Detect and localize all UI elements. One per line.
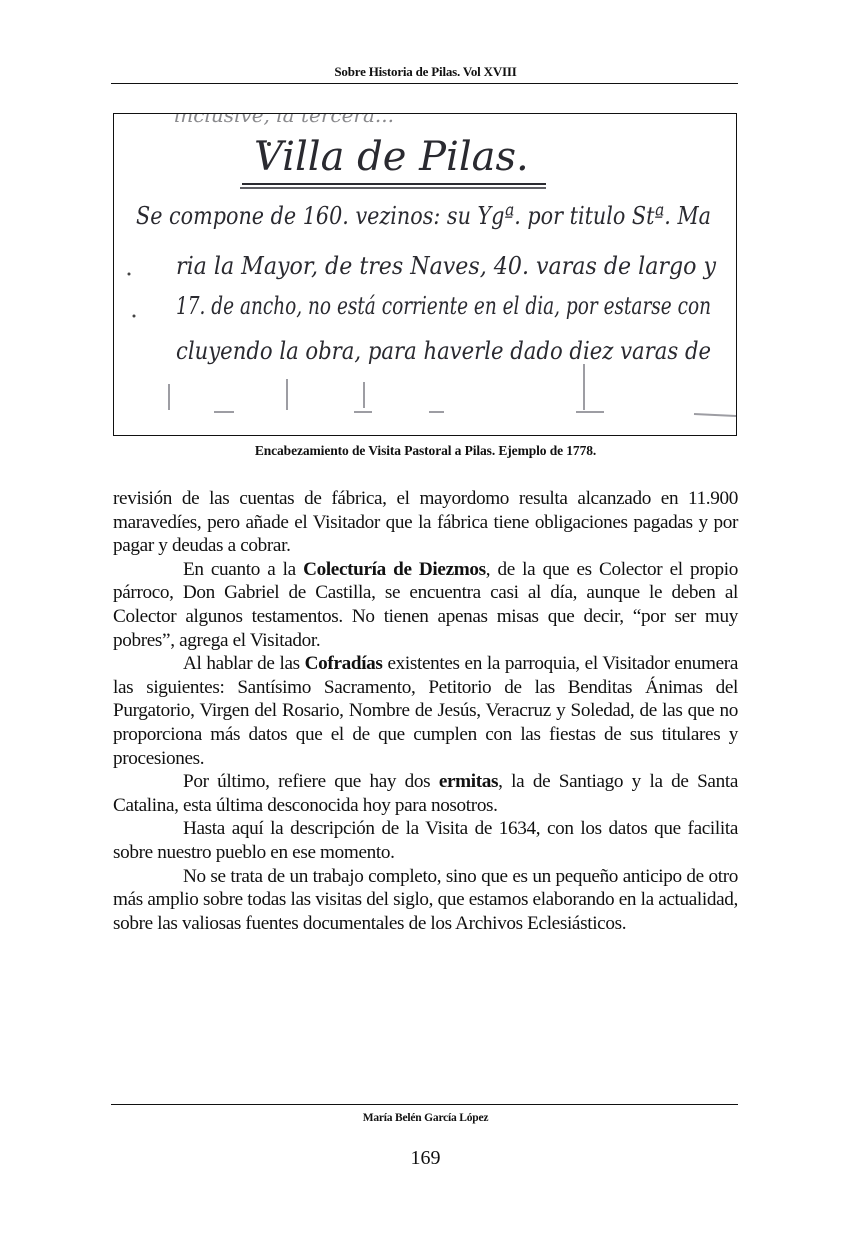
page-number: 169 xyxy=(113,1147,738,1170)
manuscript-figure: inclusive, la tercera... Villa de Pilas.… xyxy=(113,113,737,436)
footer-author: María Belén García López xyxy=(113,1112,738,1124)
bold-term-cofradias: Cofradías xyxy=(305,653,383,674)
manuscript-line: cluyendo la obra, para haverle dado diez… xyxy=(176,337,711,365)
svg-text:inclusive, la tercera...: inclusive, la tercera... xyxy=(174,114,394,127)
manuscript-line: 17. de ancho, no está corriente en el di… xyxy=(176,292,711,320)
figure-caption: Encabezamiento de Visita Pastoral a Pila… xyxy=(113,443,738,459)
footer-rule xyxy=(111,1104,738,1105)
paragraph-text: Al hablar de las xyxy=(183,653,305,674)
paragraph-text: Por último, refiere que hay dos xyxy=(183,771,439,792)
paragraph: No se trata de un trabajo completo, sino… xyxy=(113,865,738,936)
bold-term-colecturia: Colecturía de Diezmos xyxy=(303,559,486,580)
paragraph: Al hablar de las Cofradías existentes en… xyxy=(113,652,738,770)
paragraph-text: No se trata de un trabajo completo, sino… xyxy=(113,866,738,934)
manuscript-title: Villa de Pilas. xyxy=(254,134,529,180)
paragraph-text: Hasta aquí la descripción de la Visita d… xyxy=(113,818,738,863)
paragraph: revisión de las cuentas de fábrica, el m… xyxy=(113,487,738,558)
running-header-title: Sobre Historia de Pilas. Vol XVIII xyxy=(113,64,738,80)
bold-term-ermitas: ermitas xyxy=(439,771,498,792)
manuscript-line: ria la Mayor, de tres Naves, 40. varas d… xyxy=(176,252,716,280)
paragraph: En cuanto a la Colecturía de Diezmos, de… xyxy=(113,558,738,652)
article-body: revisión de las cuentas de fábrica, el m… xyxy=(113,487,738,935)
header-rule xyxy=(111,83,738,84)
paragraph-text: revisión de las cuentas de fábrica, el m… xyxy=(113,488,738,556)
manuscript-image: inclusive, la tercera... Villa de Pilas.… xyxy=(114,114,736,435)
paragraph-text: En cuanto a la xyxy=(183,559,303,580)
manuscript-line: Se compone de 160. vezinos: su Ygª. por … xyxy=(136,202,711,230)
paragraph: Hasta aquí la descripción de la Visita d… xyxy=(113,817,738,864)
paragraph: Por último, refiere que hay dos ermitas,… xyxy=(113,770,738,817)
